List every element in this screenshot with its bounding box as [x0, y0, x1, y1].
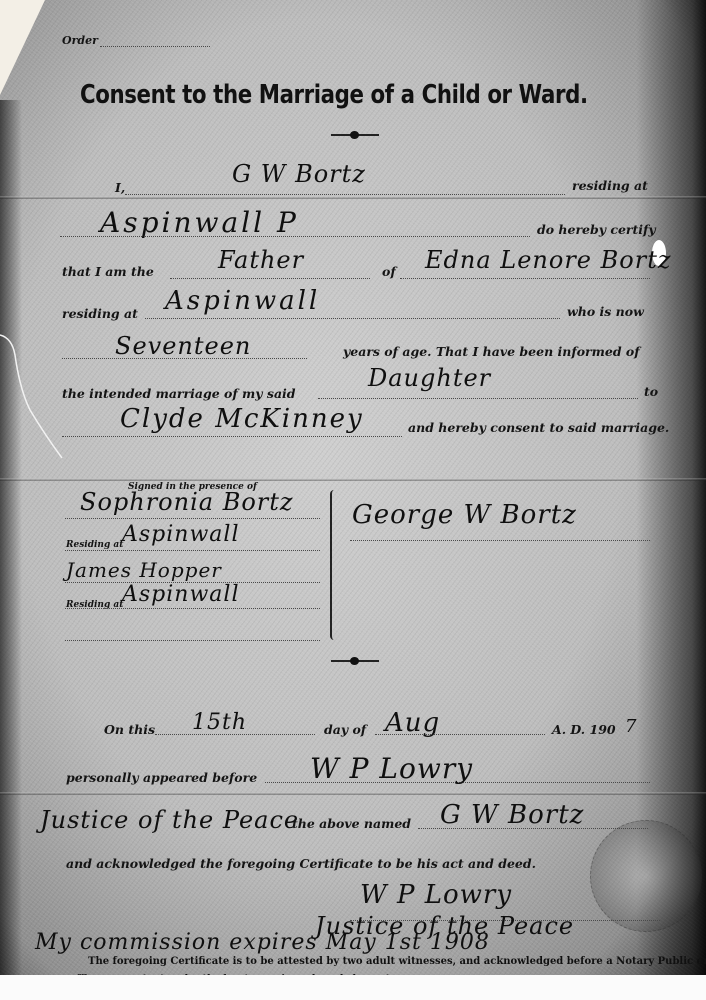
page-title: Consent to the Marriage of a Child or Wa…	[80, 80, 539, 110]
witness-1-name-field	[65, 518, 320, 519]
official-signature: W P Lowry	[360, 880, 512, 910]
witness-2-residence-field	[65, 608, 320, 609]
label-residing-at-2: residing at	[62, 306, 138, 321]
scan-margin	[0, 975, 706, 1000]
footnote-line-1: The foregoing Certificate is to be attes…	[88, 956, 706, 967]
intended-spouse: Clyde McKinney	[120, 404, 364, 434]
age: Seventeen	[115, 332, 251, 360]
parent-signature-field	[350, 540, 650, 541]
label-personally-appeared: personally appeared before	[66, 770, 257, 785]
order-field	[100, 46, 210, 47]
ornament-divider	[331, 134, 379, 136]
witness-2-residence: Aspinwall	[122, 582, 240, 607]
label-intended-marriage: the intended marriage of my said	[62, 386, 296, 401]
order-label: Order	[62, 34, 98, 47]
day-value: 15th	[192, 710, 247, 735]
relation-field	[170, 278, 370, 279]
label-above-named: the above named	[292, 816, 411, 831]
label-hereby-consent: and hereby consent to said marriage.	[408, 420, 669, 435]
label-that-i-am-the: that I am the	[62, 264, 154, 279]
parent-signature: George W Bortz	[352, 500, 577, 530]
label-do-hereby-certify: do hereby certify	[537, 222, 656, 237]
relation: Father	[218, 246, 304, 274]
ornament-divider-2	[331, 660, 379, 662]
label-years-of-age: years of age. That I have been informed …	[343, 344, 640, 359]
official-title-inline: Justice of the Peace	[40, 806, 299, 834]
witness-blank-field	[65, 640, 320, 641]
child-residence-field	[145, 318, 560, 319]
month-value: Aug	[385, 708, 440, 738]
witness-2-name: James Hopper	[66, 558, 222, 582]
fold-line	[0, 792, 706, 795]
official-name: W P Lowry	[310, 752, 473, 785]
parent-name: G W Bortz	[232, 160, 366, 188]
child-name-field	[400, 278, 650, 279]
year-digit: 7	[625, 716, 637, 737]
label-to: to	[644, 384, 658, 399]
label-of: of	[382, 264, 396, 279]
label-residing-at: residing at	[572, 178, 648, 193]
child-name: Edna Lenore Bortz	[425, 246, 671, 274]
witness-1-name: Sophronia Bortz	[80, 488, 294, 516]
label-i: I,	[115, 180, 125, 195]
witness-1-residence: Aspinwall	[122, 522, 240, 547]
label-on-this: On this	[104, 722, 155, 737]
child-relation-field	[318, 398, 638, 399]
label-ad: A. D. 190	[552, 722, 616, 737]
parent-residence: Aspinwall P	[100, 206, 299, 239]
label-who-is-now: who is now	[567, 304, 644, 319]
notary-seal	[590, 820, 702, 932]
signature-bracket	[330, 490, 338, 640]
spouse-field	[62, 436, 402, 437]
witness-1-residing-label: Residing at	[66, 540, 123, 550]
child-residence: Aspinwall	[165, 286, 320, 316]
scan-shadow-left	[0, 100, 22, 975]
witness-1-residence-field	[65, 550, 320, 551]
fold-line	[0, 478, 706, 481]
fold-line	[0, 196, 706, 199]
acknowledged-text: and acknowledged the foregoing Certifica…	[66, 856, 536, 871]
parent-name-field	[125, 194, 565, 195]
above-named-value: G W Bortz	[440, 800, 584, 830]
child-relation: Daughter	[368, 364, 491, 392]
label-day-of: day of	[324, 722, 366, 737]
commission-note: My commission expires May 1st 1908	[35, 930, 490, 955]
